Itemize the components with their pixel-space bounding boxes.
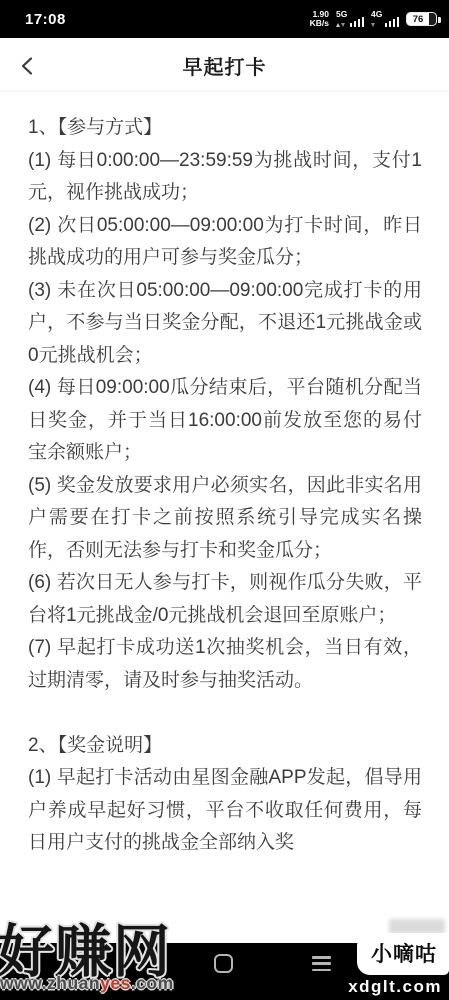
battery-icon: 76 [406, 12, 437, 26]
rule-item: (7) 早起打卡成功送1次抽奖机会，当日有效，过期清零，请及时参与抽奖活动。 [28, 632, 422, 697]
app-screen: 17:08 1.90 KB/s 5G 4G 76 [0, 0, 449, 1000]
battery-percent: 76 [407, 14, 429, 25]
rule-item: (1) 每日0:00:00—23:59:59为挑战时间，支付1元，视作挑战成功； [28, 145, 422, 210]
network-speed-unit: KB/s [310, 19, 329, 29]
page-title: 早起打卡 [0, 38, 449, 92]
faint-watermark [389, 919, 445, 934]
rule-item: (2) 次日05:00:00—09:00:00为打卡时间，昨日挑战成功的用户可参… [28, 210, 422, 275]
rule-item: (4) 每日09:00:00瓜分结束后，平台随机分配当日奖金，并于当日16:00… [28, 372, 422, 470]
watermark-left-url: www.zhuanyes.com [0, 975, 174, 993]
rule-item: (5) 奖金发放要求用户必须实名，因此非实名用户需要在打卡之前按照系统引导完成实… [28, 470, 422, 568]
signal-4g-icon: 4G [371, 10, 399, 28]
clock: 17:08 [25, 11, 66, 28]
data-transfer-arrows-icon [371, 23, 375, 27]
watermark-right-url: xdglt.com [348, 977, 449, 997]
rule-item: (6) 若次日无人参与打卡，则视作瓜分失败，平台将1元挑战金/0元挑战机会退回至… [28, 567, 422, 632]
watermark-right-badge: 小嘀咕 [357, 933, 449, 975]
sim1-network-label: 5G [336, 10, 347, 18]
menu-hamburger-icon[interactable] [312, 956, 331, 971]
status-bar: 17:08 1.90 KB/s 5G 4G 76 [0, 0, 449, 38]
rule-item: (3) 未在次日05:00:00—09:00:00完成打卡的用户，不参与当日奖金… [28, 275, 422, 373]
title-bar: 早起打卡 [0, 38, 449, 92]
network-speed-indicator: 1.90 KB/s [310, 10, 329, 29]
sim2-network-label: 4G [371, 10, 382, 18]
data-transfer-arrows-icon [336, 23, 345, 27]
recents-square-icon[interactable] [214, 954, 233, 973]
section-title: 1、【参与方式】 [28, 112, 422, 145]
rules-text-area[interactable]: 1、【参与方式】 (1) 每日0:00:00—23:59:59为挑战时间，支付1… [0, 92, 449, 1000]
watermark-right: 小嘀咕 xdglt.com [348, 933, 449, 997]
rule-item: (1) 早起打卡活动由星图金融APP发起，倡导用户养成早起好习惯，平台不收取任何… [28, 762, 422, 860]
section-title: 2、【奖金说明】 [28, 730, 422, 763]
signal-5g-icon: 5G [336, 10, 364, 28]
status-icons: 1.90 KB/s 5G 4G 76 [310, 10, 437, 29]
watermark-left: 好赚网 www.zhuanyes.com [0, 924, 174, 993]
